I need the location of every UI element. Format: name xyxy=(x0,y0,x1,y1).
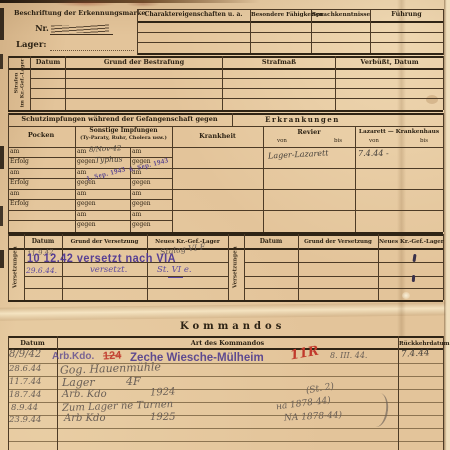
rule-v xyxy=(443,9,444,55)
rule-h xyxy=(50,34,113,35)
versetz-col-grund: Grund der Versetzung xyxy=(63,239,146,245)
rule-h xyxy=(30,88,443,89)
kdo-entry-art2: 1925 xyxy=(150,413,175,423)
kdo-entry-note: (St. 2) xyxy=(305,383,334,397)
rule-v xyxy=(398,336,399,450)
kdo-entry-date: 28.6.44 xyxy=(9,365,41,374)
rule-v xyxy=(8,113,9,232)
rule-h xyxy=(8,147,443,148)
versetzungen-side-label: Versetzungen xyxy=(228,234,244,300)
rule-h xyxy=(8,210,172,211)
kommandos-title: Kommandos xyxy=(180,321,275,332)
strafen-col-datum: Datum xyxy=(31,59,65,66)
impf-handwritten-against: Typhus xyxy=(95,156,123,164)
kdo-entry-date: 23.9.44 xyxy=(9,416,41,425)
rule-h xyxy=(8,189,172,190)
rule-h xyxy=(8,126,443,127)
paper-hole xyxy=(402,292,410,299)
versetz-entry2-lager: St. VI e. xyxy=(157,266,192,275)
impf-col-krankheit: Krankheit xyxy=(174,133,261,140)
kdo-entry-art: Arb. Kdo xyxy=(62,390,107,400)
rule-h xyxy=(30,78,443,79)
rule-v xyxy=(263,126,264,232)
versetz-entry2-grund: versetzt. xyxy=(90,266,127,275)
stain xyxy=(126,1,160,7)
rule-h xyxy=(228,300,443,302)
stain xyxy=(426,95,438,104)
traits-col-conduct: Führung xyxy=(371,12,442,19)
fold-crease-horizontal xyxy=(0,302,450,320)
erkrank-col-revier: Revier xyxy=(265,129,353,136)
camp-label: Lager: xyxy=(16,41,52,50)
rule-h xyxy=(172,189,443,190)
impf-cell: Erfolg xyxy=(10,201,50,208)
versetzungen-side-label: Versetzungen xyxy=(8,234,24,300)
ink-mark xyxy=(412,254,416,262)
impf-cell: am xyxy=(77,191,107,198)
traits-col-character: Charaktereigenschaften u. a. xyxy=(139,12,248,19)
ink-mark xyxy=(412,275,415,282)
scan-left-edge xyxy=(0,54,3,69)
rule-v xyxy=(75,126,76,232)
kdo-col-rueckkehr: Rückkehrdatum xyxy=(399,341,443,347)
tag-number-scribble xyxy=(51,24,109,33)
versetz-col-datum: Datum xyxy=(25,239,61,246)
strafen-side-line1: Strafen xyxy=(13,59,19,108)
kdo-entry-art: Lager xyxy=(62,377,95,388)
impf-cell: am xyxy=(10,191,50,198)
impf-handwritten-date: 8/Nov-42 xyxy=(89,145,122,154)
traits-col-skills: Besondere Fähigkeiten xyxy=(251,12,310,18)
traits-col-languages: Sprachkenntnisse xyxy=(312,12,369,18)
versetz-entry2-date: 29.6.44. xyxy=(26,267,57,275)
rule-v xyxy=(355,126,356,232)
erkrank-revier-entry: Lager-Lazarett xyxy=(268,149,329,160)
rule-h xyxy=(8,68,443,70)
versetz-col-neues-lager: Neues Kr.-Gef.-Lager xyxy=(379,239,442,245)
erkrank-revier-bis: bis xyxy=(328,138,348,144)
rule-h xyxy=(244,288,443,289)
rule-h xyxy=(24,288,228,289)
strafen-col-strafmass: Strafmaß xyxy=(223,59,335,66)
rule-h xyxy=(137,42,443,43)
kdo-entry-date: 8/9/42 xyxy=(9,350,41,360)
impf-col-sonstige: Sonstige Impfungen xyxy=(77,128,170,135)
rule-h xyxy=(228,234,443,236)
rule-v xyxy=(443,56,444,110)
scan-left-edge xyxy=(0,8,4,40)
kdo-pencil-note: 8. III. 44. xyxy=(330,352,367,360)
kdo-entry-date: 18.7.44 xyxy=(9,391,41,400)
kdo-entry-art: Arb Kdo xyxy=(64,414,105,424)
rule-v xyxy=(232,113,233,126)
strafen-side-line2: im Kr.-Gef.-Lager xyxy=(19,59,25,108)
rule-v xyxy=(172,126,173,232)
rule-h xyxy=(8,110,443,112)
kdo-entry-note: NA 1878-44) xyxy=(284,411,343,423)
rule-h xyxy=(172,168,443,169)
pencil-flourish xyxy=(366,392,391,428)
erkrank-lazarett-entry: 7.4.44 - xyxy=(358,150,389,158)
rule-h xyxy=(30,98,443,99)
rule-h xyxy=(24,276,228,277)
kdo-red-note: 11R xyxy=(289,345,320,363)
kdo-col-datum: Datum xyxy=(9,340,56,347)
erkrank-title: Erkrankungen xyxy=(255,116,350,124)
rule-h xyxy=(8,336,443,338)
impf-cell: gegen xyxy=(132,222,162,229)
impf-cell: Erfolg xyxy=(10,159,50,166)
tag-number-label: Nr. xyxy=(34,24,50,33)
impf-cell: gegen xyxy=(77,222,107,229)
rule-h xyxy=(8,428,443,429)
scan-left-edge xyxy=(0,146,4,169)
impf-cell: am xyxy=(132,149,162,156)
rule-v xyxy=(443,336,444,450)
versetz-col-datum: Datum xyxy=(245,239,297,246)
scan-left-edge xyxy=(0,250,4,268)
rule-h xyxy=(137,9,443,10)
versetz-col-grund: Grund der Versetzung xyxy=(299,239,377,245)
impf-cell: am xyxy=(10,170,50,177)
erkrank-lazarett-bis: bis xyxy=(414,138,434,144)
kdo-entry-date: 11.7.44 xyxy=(9,378,41,387)
kdo-entry-art2: 1924 xyxy=(150,387,176,398)
impf-col-sonstige-sub: (Ty-Paraty, Ruhr, Cholera usw.) xyxy=(76,136,171,142)
impf-cell: am xyxy=(132,212,162,219)
kdo-entry-note: на 1878-44) xyxy=(276,397,332,413)
rule-h xyxy=(244,262,443,263)
rule-h xyxy=(8,300,228,302)
rule-v xyxy=(443,113,444,232)
rule-h xyxy=(137,32,443,33)
strafen-col-verbuesst: Verbüßt, Datum xyxy=(336,59,443,66)
paper-right-edge xyxy=(444,0,450,450)
underline-mark xyxy=(168,277,183,278)
strafen-side-label: Strafen im Kr.-Gef.-Lager xyxy=(8,56,30,110)
rule-h xyxy=(137,21,443,23)
scan-left-edge xyxy=(0,206,3,226)
kdo-entry-art: Gog. Hauenmühle xyxy=(60,361,161,376)
impf-col-pocken: Pocken xyxy=(9,132,73,139)
impf-cell: am xyxy=(132,191,162,198)
impf-cell: am xyxy=(10,149,50,156)
erkrank-col-lazarett: Lazarett — Krankenhaus xyxy=(357,129,441,135)
rule-h xyxy=(8,441,443,442)
pow-record-card: Beschriftung der Erkennungsmarke Nr. Lag… xyxy=(0,0,450,450)
rule-h xyxy=(228,248,443,250)
rule-v xyxy=(137,9,138,55)
strafen-col-grund: Grund der Bestrafung xyxy=(66,59,222,66)
impf-cell: gegen xyxy=(132,180,162,187)
impf-title: Schutzimpfungen während der Gefangenscha… xyxy=(12,116,227,123)
erkrank-revier-von: von xyxy=(272,138,292,144)
rule-h xyxy=(172,210,443,211)
kdo-entry-date: 8.9.44 xyxy=(11,404,38,413)
kdo-return-date: 7.4.44 xyxy=(401,349,430,359)
impf-cell: gegen xyxy=(77,201,107,208)
camp-dotted-line xyxy=(50,42,134,51)
stain xyxy=(55,0,117,7)
tag-section-title: Beschriftung der Erkennungsmarke xyxy=(14,10,134,17)
kdo-col-art: Art des Kommandos xyxy=(58,340,397,347)
impf-cell: gegen xyxy=(132,201,162,208)
rule-v xyxy=(130,147,131,232)
kdo-stamp: Arb.Kdo. xyxy=(52,352,94,362)
rule-h xyxy=(8,234,228,236)
rule-h xyxy=(137,53,443,55)
erkrank-lazarett-von: von xyxy=(364,138,384,144)
impf-cell: Erfolg xyxy=(10,180,50,187)
impf-cell: am xyxy=(77,212,107,219)
transfer-stamp: 10 12.42 versetzt nach VIA xyxy=(27,254,176,266)
kdo-entry-art2: 4F xyxy=(126,376,141,387)
